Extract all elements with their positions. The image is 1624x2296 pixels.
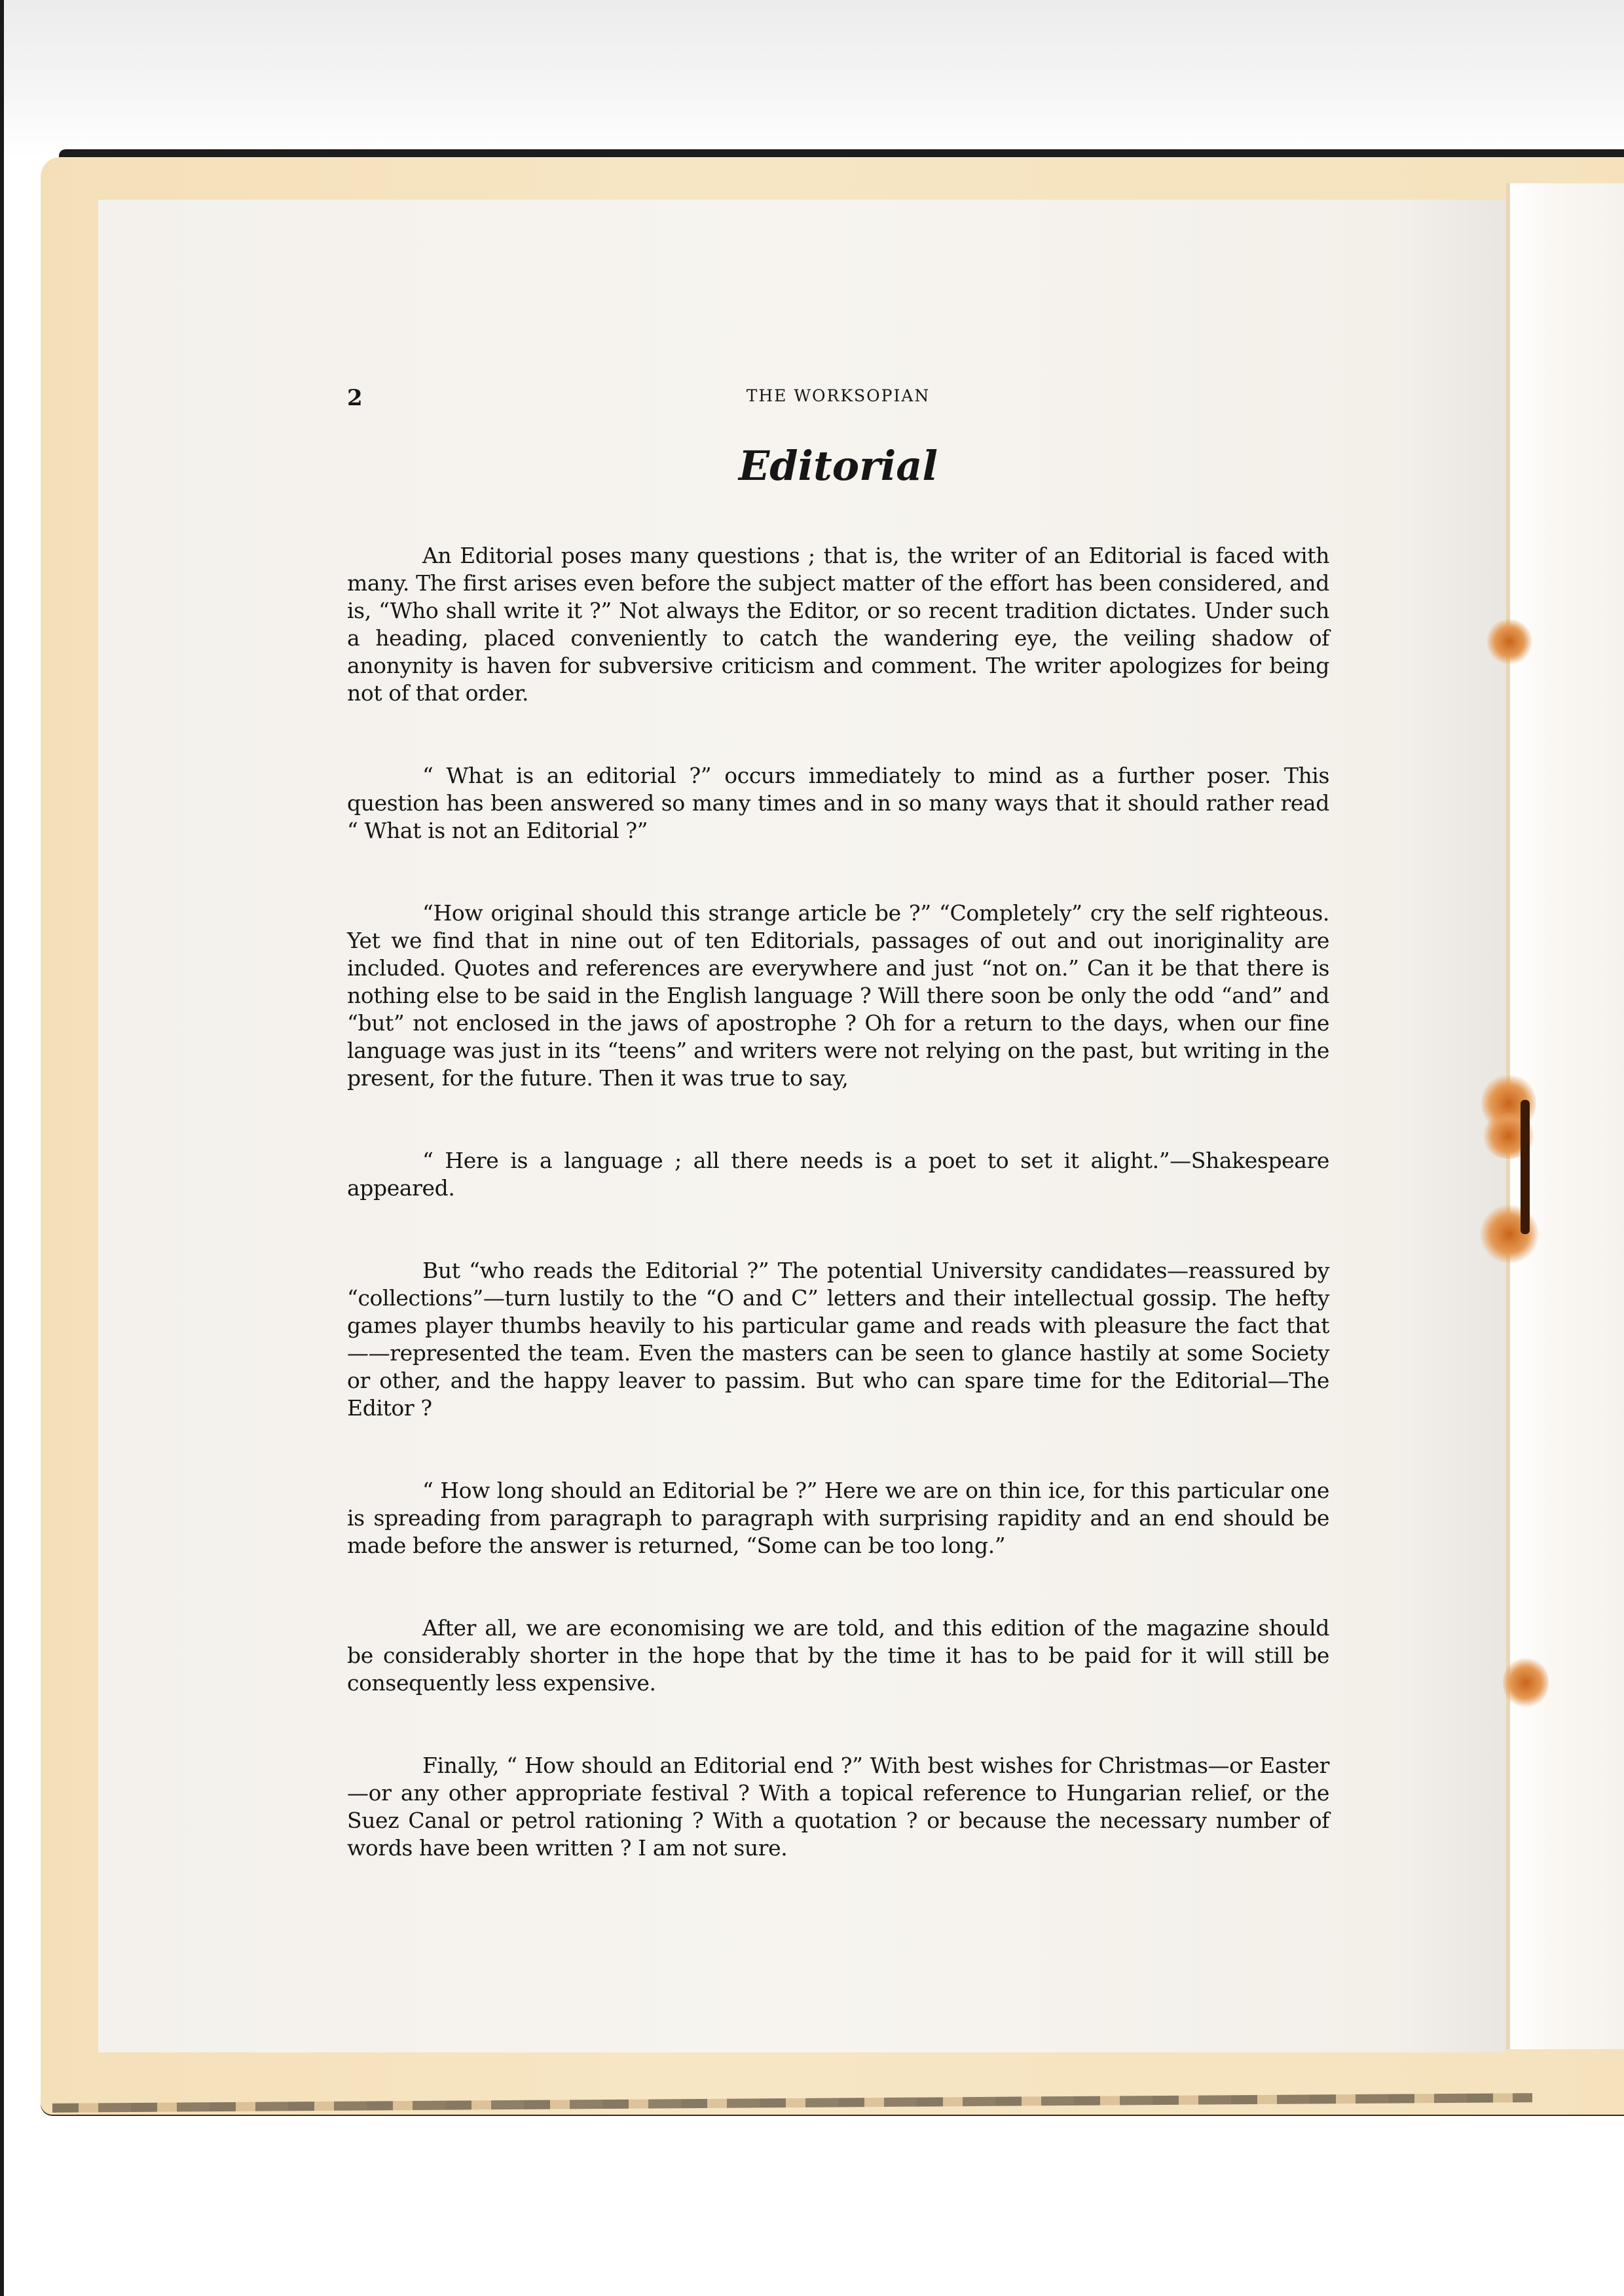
article-title: Editorial	[347, 442, 1329, 490]
paragraph: “ What is an editorial ?” occurs immedia…	[347, 762, 1329, 845]
article: 2 THE WORKSOPIAN Editorial An Editorial …	[347, 373, 1329, 1917]
running-head: 2 THE WORKSOPIAN	[347, 373, 1329, 412]
rust-stain	[1486, 619, 1532, 665]
rust-stain	[1480, 1205, 1539, 1264]
scanner-edge	[0, 0, 4, 2296]
scanner-background	[0, 0, 1624, 157]
paragraph: But “who reads the Editorial ?” The pote…	[347, 1257, 1329, 1422]
rust-stain	[1503, 1656, 1549, 1709]
journal-name: THE WORKSOPIAN	[347, 386, 1329, 405]
paragraph: An Editorial poses many questions ; that…	[347, 542, 1329, 707]
paragraph: “ How long should an Editorial be ?” Her…	[347, 1477, 1329, 1559]
paragraph: After all, we are economising we are tol…	[347, 1614, 1329, 1697]
paragraph: “ Here is a language ; all there needs i…	[347, 1147, 1329, 1202]
paragraph: Finally, “ How should an Editorial end ?…	[347, 1752, 1329, 1862]
paragraph: “How original should this strange articl…	[347, 900, 1329, 1092]
staple	[1521, 1100, 1530, 1234]
